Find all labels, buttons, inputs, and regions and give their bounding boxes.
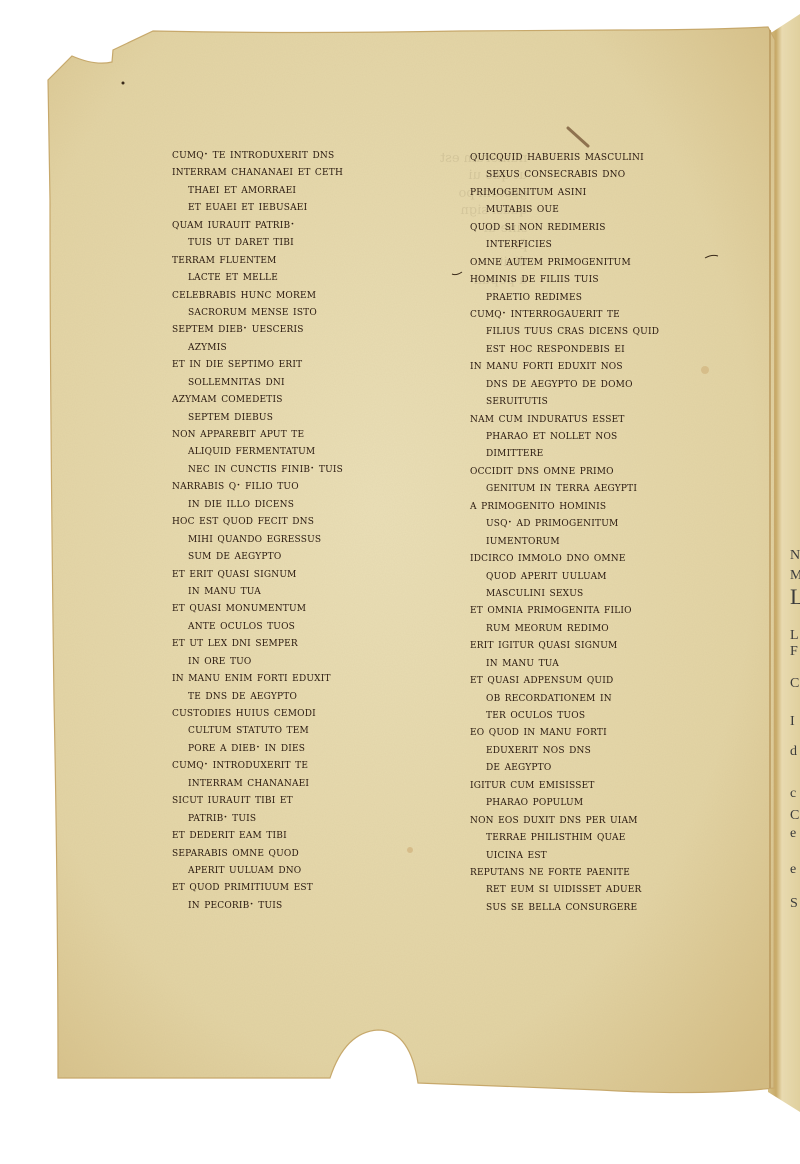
text-line: ALIQUID FERMENTATUM [172,442,343,459]
text-line: SOLLEMNITAS DNI [172,373,343,390]
text-line: IN PECORIB· TUIS [172,896,343,913]
text-line: SERUITUTIS [470,392,659,409]
text-line: DE AEGYPTO [470,758,659,775]
fragment: F [790,644,798,660]
text-line: INTERRAM CHANANAEI ET CETH [172,163,343,180]
fragment: M [790,568,800,584]
text-line: SICUT IURAUIT TIBI ET [172,791,343,808]
text-line: PRAETIO REDIMES [470,288,659,305]
fragment: e [790,826,796,842]
text-line: LACTE ET MELLE [172,268,343,285]
text-line: ANTE OCULOS TUOS [172,617,343,634]
parchment-shape [0,0,800,1164]
text-line: NON EOS DUXIT DNS PER UIAM [470,811,659,828]
text-line: IN MANU TUA [470,654,659,671]
text-line: IN MANU FORTI EDUXIT NOS [470,357,659,374]
text-line: PORE A DIEB· IN DIES [172,739,343,756]
text-column-right: QUICQUID HABUERIS MASCULINI SEXUS CONSEC… [470,148,659,915]
fragment: C [790,676,799,692]
fragment: S [790,896,798,912]
text-line: RET EUM SI UIDISSET ADUER [470,880,659,897]
text-line: ERIT IGITUR QUASI SIGNUM [470,636,659,653]
text-line: IN DIE ILLO DICENS [172,495,343,512]
text-line: ET IN DIE SEPTIMO ERIT [172,355,343,372]
text-line: SEXUS CONSECRABIS DNO [470,165,659,182]
text-line: SEPTEM DIEB· UESCERIS [172,320,343,337]
text-line: QUOD SI NON REDIMERIS [470,218,659,235]
text-line: TE DNS DE AEGYPTO [172,687,343,704]
text-line: IN MANU TUA [172,582,343,599]
text-line: IN ORE TUO [172,652,343,669]
text-line: AZYMIS [172,338,343,355]
text-line: OB RECORDATIONEM IN [470,689,659,706]
text-line: CUMQ· TE INTRODUXERIT DNS [172,146,343,163]
text-line: MASCULINI SEXUS [470,584,659,601]
fragment: C [790,808,799,824]
manuscript-leaf: numerum estut quo uigestum poquasi signs… [0,0,800,1164]
fragment: L [790,628,799,644]
text-line: MIHI QUANDO EGRESSUS [172,530,343,547]
text-line: ET QUASI ADPENSUM QUID [470,671,659,688]
text-line: TER OCULOS TUOS [470,706,659,723]
fragment: N [790,548,800,564]
text-line: USQ· AD PRIMOGENITUM [470,514,659,531]
text-line: ET QUASI MONUMENTUM [172,599,343,616]
fragment: d [790,744,797,760]
text-line: SUM DE AEGYPTO [172,547,343,564]
text-line: HOC EST QUOD FECIT DNS [172,512,343,529]
text-line: NAM CUM INDURATUS ESSET [470,410,659,427]
text-line: NARRABIS Q· FILIO TUO [172,477,343,494]
text-line: RUM MEORUM REDIMO [470,619,659,636]
text-line: REPUTANS NE FORTE PAENITE [470,863,659,880]
text-line: AZYMAM COMEDETIS [172,390,343,407]
text-line: ET DEDERIT EAM TIBI [172,826,343,843]
text-line: PHARAO POPULUM [470,793,659,810]
fragment: c [790,786,796,802]
text-line: CUMQ· INTRODUXERIT TE [172,756,343,773]
text-line: SEPTEM DIEBUS [172,408,343,425]
text-line: SACRORUM MENSE ISTO [172,303,343,320]
text-line: OCCIDIT DNS OMNE PRIMO [470,462,659,479]
text-line: IN MANU ENIM FORTI EDUXIT [172,669,343,686]
text-line: ET OMNIA PRIMOGENITA FILIO [470,601,659,618]
text-line: CELEBRABIS HUNC MOREM [172,286,343,303]
text-line: QUICQUID HABUERIS MASCULINI [470,148,659,165]
text-line: TERRAM FLUENTEM [172,251,343,268]
text-line: NON APPAREBIT APUT TE [172,425,343,442]
text-line: INTERFICIES [470,235,659,252]
fragment: L [790,584,800,610]
text-line: CUSTODIES HUIUS CEMODI [172,704,343,721]
text-line: THAEI ET AMORRAEI [172,181,343,198]
text-line: TUIS UT DARET TIBI [172,233,343,250]
text-line: SUS SE BELLA CONSURGERE [470,898,659,915]
text-line: QUOD APERIT UULUAM [470,567,659,584]
text-line: HOMINIS DE FILIIS TUIS [470,270,659,287]
text-line: MUTABIS OUE [470,200,659,217]
text-line: ET ERIT QUASI SIGNUM [172,565,343,582]
text-line: APERIT UULUAM DNO [172,861,343,878]
text-line: EDUXERIT NOS DNS [470,741,659,758]
text-line: NEC IN CUNCTIS FINIB· TUIS [172,460,343,477]
text-line: TERRAE PHILISTHIM QUAE [470,828,659,845]
text-line: SEPARABIS OMNE QUOD [172,844,343,861]
text-line: PRIMOGENITUM ASINI [470,183,659,200]
text-line: DIMITTERE [470,444,659,461]
text-line: QUAM IURAUIT PATRIB· [172,216,343,233]
text-line: UICINA EST [470,846,659,863]
text-line: EO QUOD IN MANU FORTI [470,723,659,740]
text-line: ET QUOD PRIMITIUUM EST [172,878,343,895]
text-line: OMNE AUTEM PRIMOGENITUM [470,253,659,270]
fragment: e [790,862,796,878]
fragment: I [790,714,795,730]
text-line: EST HOC RESPONDEBIS EI [470,340,659,357]
text-line: IGITUR CUM EMISISSET [470,776,659,793]
text-line: CULTUM STATUTO TEM [172,721,343,738]
text-line: GENITUM IN TERRA AEGYPTI [470,479,659,496]
text-line: DNS DE AEGYPTO DE DOMO [470,375,659,392]
text-line: IUMENTORUM [470,532,659,549]
text-line: ET UT LEX DNI SEMPER [172,634,343,651]
text-line: INTERRAM CHANANAEI [172,774,343,791]
text-line: A PRIMOGENITO HOMINIS [470,497,659,514]
text-line: PATRIB· TUIS [172,809,343,826]
text-line: IDCIRCO IMMOLO DNO OMNE [470,549,659,566]
text-line: CUMQ· INTERROGAUERIT TE [470,305,659,322]
text-line: PHARAO ET NOLLET NOS [470,427,659,444]
text-line: ET EUAEI ET IEBUSAEI [172,198,343,215]
text-line: FILIUS TUUS CRAS DICENS QUID [470,322,659,339]
text-column-left: CUMQ· TE INTRODUXERIT DNS INTERRAM CHANA… [172,146,343,913]
